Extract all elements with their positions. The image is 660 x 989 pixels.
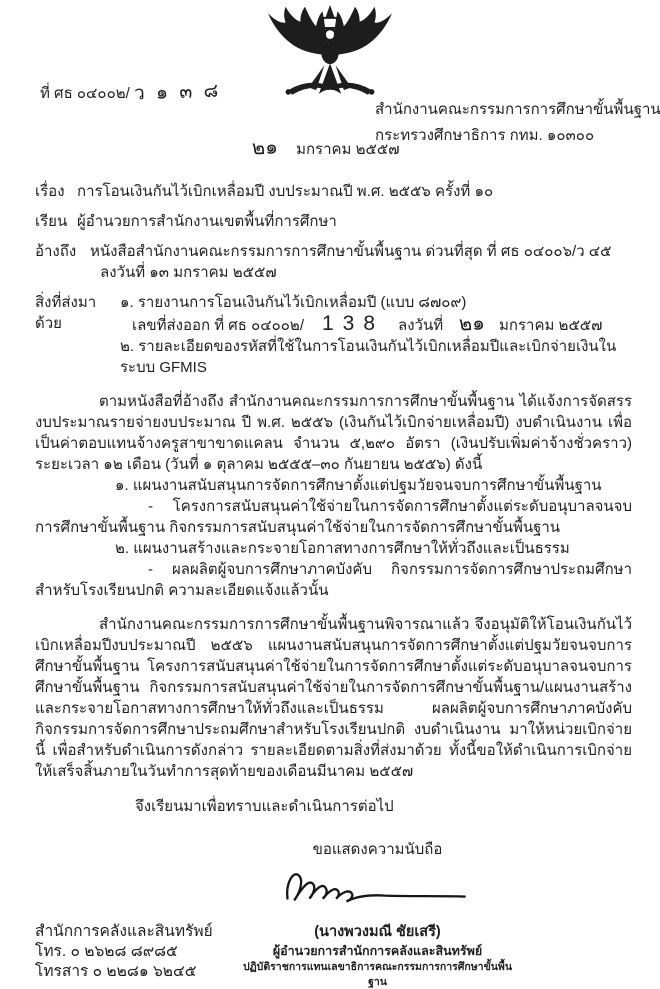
issuing-org-block: สำนักงานคณะกรรมการการศึกษาขั้นพื้นฐาน กร… <box>375 97 660 149</box>
plan-item-1-detail: - โครงการสนับสนุนค่าใช้จ่ายในการจัดการศึ… <box>35 496 632 538</box>
enclosure-list: ๑. รายงานการโอนเงินกันไว้เบิกเหลื่อมปี (… <box>120 292 630 378</box>
letter-header: ที่ ศธ ๐๔๐๐๒/ ว ๑ ๓ ๘ สำนักงานคณะกรรมการ… <box>0 0 660 172</box>
footer-telephone: โทร. ๐ ๒๖๒๘ ๘๙๘๕ <box>35 942 213 962</box>
issue-date-day-handwritten: ๒๑ <box>459 313 486 335</box>
document-ref-number: ที่ ศธ ๐๔๐๐๒/ ว ๑ ๓ ๘ <box>40 82 221 104</box>
addressee-text: ผู้อำนวยการสำนักงานเขตพื้นที่การศึกษา <box>77 211 337 232</box>
ref-number-printed: ที่ ศธ ๐๔๐๐๒/ <box>40 85 130 102</box>
date-day-handwritten: ๒๑ <box>251 137 278 159</box>
issue-date-rest: มกราคม ๒๕๕๗ <box>499 315 602 336</box>
enclosure-row: สิ่งที่ส่งมาด้วย ๑. รายงานการโอนเงินกันไ… <box>35 292 630 378</box>
closing-line: จึงเรียนมาเพื่อทราบและดำเนินการต่อไป <box>135 796 660 817</box>
garuda-emblem-icon <box>258 4 402 104</box>
issue-date-label: ลงวันที่ <box>398 315 443 336</box>
signer-name: (นางพวงมณี ชัยเสรี) <box>235 922 520 943</box>
addressee-row: เรียน ผู้อำนวยการสำนักงานเขตพื้นที่การศึ… <box>35 211 630 232</box>
subject-text: การโอนเงินกันไว้เบิกเหลื่อมปี งบประมาณปี… <box>77 181 493 202</box>
official-letter-page: ที่ ศธ ๐๔๐๐๒/ ว ๑ ๓ ๘ สำนักงานคณะกรรมการ… <box>0 0 660 989</box>
body-paragraph-2: สำนักงานคณะกรรมการการศึกษาขั้นพื้นฐานพิจ… <box>35 614 632 782</box>
plan-item-2-heading: ๒. แผนงานสร้างและกระจายโอกาสทางการศึกษาใ… <box>115 538 632 559</box>
org-name-line: สำนักงานคณะกรรมการการศึกษาขั้นพื้นฐาน <box>375 97 660 123</box>
subject-row: เรื่อง การโอนเงินกันไว้เบิกเหลื่อมปี งบป… <box>35 181 630 202</box>
signer-title-2: ปฏิบัติราชการแทนเลขาธิการคณะกรรมการการศึ… <box>235 960 520 989</box>
footer-department: สำนักการคลังและสินทรัพย์ <box>35 922 213 942</box>
issue-number-prefix: เลขที่ส่งออก ที่ ศธ ๐๔๐๐๒/ <box>132 315 304 336</box>
addressee-label: เรียน <box>35 211 77 232</box>
plan-item-1-heading: ๑. แผนงานสนับสนุนการจัดการศึกษาตั้งแต่ปฐ… <box>115 475 632 496</box>
org-address-line: กระทรวงศึกษาธิการ กทม. ๑๐๓๐๐ <box>375 123 660 149</box>
signoff-block: ขอแสดงความนับถือ (นางพวงมณี ชัยเสรี) ผู้… <box>235 839 520 989</box>
subject-label: เรื่อง <box>35 181 77 202</box>
reference-label: อ้างถึง <box>35 241 90 283</box>
ref-number-handwritten: ว ๑ ๓ ๘ <box>134 80 222 104</box>
signer-title-1: ผู้อำนวยการสำนักการคลังและสินทรัพย์ <box>235 943 520 960</box>
date-month-year: มกราคม ๒๕๕๗ <box>296 141 399 158</box>
enclosure-item-1: ๑. รายงานการโอนเงินกันไว้เบิกเหลื่อมปี (… <box>120 294 466 311</box>
reference-line1: หนังสือสำนักงานคณะกรรมการการศึกษาขั้นพื้… <box>90 243 612 260</box>
footer-fax: โทรสาร ๐ ๒๒๘๑ ๖๒๔๕ <box>35 962 213 982</box>
contact-footer: สำนักการคลังและสินทรัพย์ โทร. ๐ ๒๖๒๘ ๘๙๘… <box>35 922 213 982</box>
enclosure-item-2: ๒. รายละเอียดของรหัสที่ใช้ในการโอนเงินกั… <box>120 338 616 376</box>
body-paragraph-1: ตามหนังสือที่อ้างถึง สำนักงานคณะกรรมการก… <box>35 391 632 475</box>
issue-number-stamp: 138 <box>322 313 384 334</box>
plan-item-2-detail: - ผลผลิตผู้จบการศึกษาภาคบังคับ กิจกรรมกา… <box>35 559 632 601</box>
enclosure-label: สิ่งที่ส่งมาด้วย <box>35 292 120 378</box>
salutation: ขอแสดงความนับถือ <box>235 839 520 860</box>
reference-line2: ลงวันที่ ๑๓ มกราคม ๒๕๕๗ <box>100 264 277 281</box>
letter-date: ๒๑ มกราคม ๒๕๕๗ <box>252 138 399 160</box>
signature-image <box>278 864 478 912</box>
enclosure-issue-line: เลขที่ส่งออก ที่ ศธ ๐๔๐๐๒/ 138 ลงวันที่ … <box>132 313 630 336</box>
reference-text: หนังสือสำนักงานคณะกรรมการการศึกษาขั้นพื้… <box>90 241 612 283</box>
reference-row: อ้างถึง หนังสือสำนักงานคณะกรรมการการศึกษ… <box>35 241 630 283</box>
